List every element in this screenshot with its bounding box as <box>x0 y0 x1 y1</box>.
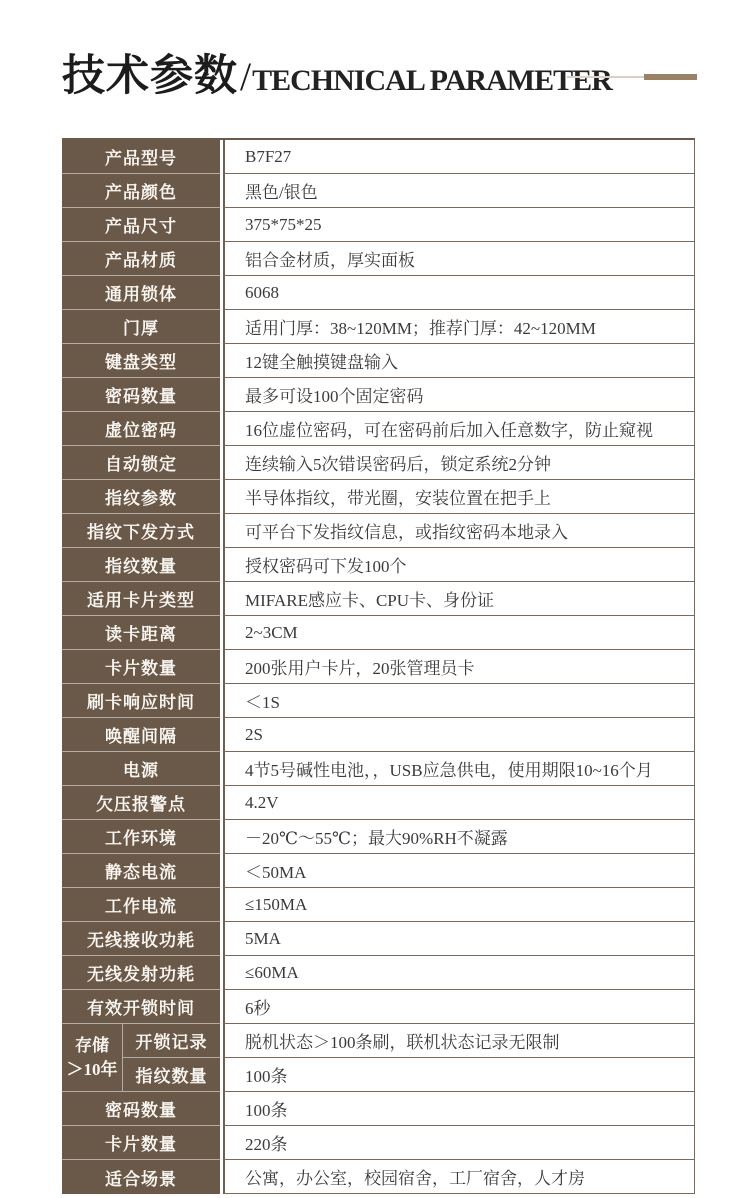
page-title: 技术参数 / TECHNICAL PARAMETER <box>62 42 612 103</box>
table-row: 无线接收功耗5MA <box>62 922 695 956</box>
row-value: 100条 <box>223 1092 695 1126</box>
row-label: 静态电流 <box>62 854 220 888</box>
row-label: 产品材质 <box>62 242 220 276</box>
table-row: 产品颜色黑色/银色 <box>62 174 695 208</box>
row-value: ＜1S <box>223 684 695 718</box>
row-label: 适合场景 <box>62 1160 220 1194</box>
table-row: 虚位密码16位虚位密码，可在密码前后加入任意数字，防止窥视 <box>62 412 695 446</box>
row-value: ≤150MA <box>223 888 695 922</box>
storage-label-line2: ＞10年 <box>67 1058 118 1082</box>
row-label: 刷卡响应时间 <box>62 684 220 718</box>
row-value: 铝合金材质，厚实面板 <box>223 242 695 276</box>
storage-sub-label: 指纹数量 <box>123 1058 220 1092</box>
row-value: 连续输入5次错误密码后，锁定系统2分钟 <box>223 446 695 480</box>
row-value: 6068 <box>223 276 695 310</box>
spec-table: 产品型号B7F27产品颜色黑色/银色产品尺寸375*75*25产品材质铝合金材质… <box>62 138 695 1194</box>
row-label: 通用锁体 <box>62 276 220 310</box>
row-label: 指纹数量 <box>62 548 220 582</box>
row-value: 4节5号碱性电池，，USB应急供电，使用期限10~16个月 <box>223 752 695 786</box>
row-value: 375*75*25 <box>223 208 695 242</box>
row-label: 卡片数量 <box>62 650 220 684</box>
row-label: 键盘类型 <box>62 344 220 378</box>
row-label: 工作环境 <box>62 820 220 854</box>
row-value: 6秒 <box>223 990 695 1024</box>
row-value: 可平台下发指纹信息，或指纹密码本地录入 <box>223 514 695 548</box>
table-row: 产品尺寸375*75*25 <box>62 208 695 242</box>
row-value: 公寓，办公室，校园宿舍，工厂宿舍，人才房 <box>223 1160 695 1194</box>
row-value: B7F27 <box>223 140 695 174</box>
storage-span-cell: 存储＞10年 <box>62 1024 122 1091</box>
table-row: 指纹数量授权密码可下发100个 <box>62 548 695 582</box>
row-label: 门厚 <box>62 310 220 344</box>
table-row: 欠压报警点4.2V <box>62 786 695 820</box>
row-label: 读卡距离 <box>62 616 220 650</box>
row-label: 密码数量 <box>62 1092 220 1126</box>
row-value: －20℃～55℃；最大90%RH不凝露 <box>223 820 695 854</box>
row-value: 半导体指纹，带光圈，安装位置在把手上 <box>223 480 695 514</box>
row-value: 脱机状态＞100条刷，联机状态记录无限制 <box>223 1024 695 1058</box>
row-label: 指纹参数 <box>62 480 220 514</box>
row-label: 密码数量 <box>62 378 220 412</box>
row-label: 唤醒间隔 <box>62 718 220 752</box>
row-value: 200张用户卡片，20张管理员卡 <box>223 650 695 684</box>
table-row: 指纹下发方式可平台下发指纹信息，或指纹密码本地录入 <box>62 514 695 548</box>
row-label: 电源 <box>62 752 220 786</box>
row-label: 适用卡片类型 <box>62 582 220 616</box>
row-label: 产品尺寸 <box>62 208 220 242</box>
row-label: 指纹下发方式 <box>62 514 220 548</box>
row-value: 最多可设100个固定密码 <box>223 378 695 412</box>
row-value: 4.2V <box>223 786 695 820</box>
row-value: 2S <box>223 718 695 752</box>
table-row: 唤醒间隔2S <box>62 718 695 752</box>
row-value: ＜50MA <box>223 854 695 888</box>
row-value: ≤60MA <box>223 956 695 990</box>
table-row: 无线发射功耗≤60MA <box>62 956 695 990</box>
row-label: 产品颜色 <box>62 174 220 208</box>
table-row: 适用卡片类型MIFARE感应卡、CPU卡、身份证 <box>62 582 695 616</box>
row-value: 220条 <box>223 1126 695 1160</box>
row-value: 100条 <box>223 1058 695 1092</box>
row-value: 黑色/银色 <box>223 174 695 208</box>
title-separator: / <box>240 53 251 100</box>
storage-label-line1: 存储 <box>75 1034 109 1058</box>
row-value: 16位虚位密码，可在密码前后加入任意数字，防止窥视 <box>223 412 695 446</box>
row-value: MIFARE感应卡、CPU卡、身份证 <box>223 582 695 616</box>
row-label: 虚位密码 <box>62 412 220 446</box>
title-chinese: 技术参数 <box>62 42 238 103</box>
table-row: 产品材质铝合金材质，厚实面板 <box>62 242 695 276</box>
row-label: 自动锁定 <box>62 446 220 480</box>
storage-sub-label: 开锁记录 <box>123 1024 220 1058</box>
row-label: 产品型号 <box>62 140 220 174</box>
decorative-line-thick <box>644 74 697 80</box>
row-value: 5MA <box>223 922 695 956</box>
row-label: 无线接收功耗 <box>62 922 220 956</box>
row-label: 无线发射功耗 <box>62 956 220 990</box>
table-row: 密码数量100条 <box>62 1092 695 1126</box>
storage-sub-labels: 开锁记录指纹数量 <box>123 1024 220 1091</box>
table-row: 刷卡响应时间＜1S <box>62 684 695 718</box>
table-row: 通用锁体6068 <box>62 276 695 310</box>
table-row: 卡片数量220条 <box>62 1126 695 1160</box>
table-row: 门厚适用门厚：38~120MM；推荐门厚：42~120MM <box>62 310 695 344</box>
table-row: 密码数量最多可设100个固定密码 <box>62 378 695 412</box>
decorative-line-thin <box>567 76 644 78</box>
row-value: 授权密码可下发100个 <box>223 548 695 582</box>
table-row: 读卡距离2~3CM <box>62 616 695 650</box>
page: 技术参数 / TECHNICAL PARAMETER 产品型号B7F27产品颜色… <box>0 0 750 1198</box>
row-value: 2~3CM <box>223 616 695 650</box>
row-label: 有效开锁时间 <box>62 990 220 1024</box>
table-row: 适合场景公寓，办公室，校园宿舍，工厂宿舍，人才房 <box>62 1160 695 1194</box>
storage-sub-values: 脱机状态＞100条刷，联机状态记录无限制100条 <box>223 1024 695 1092</box>
table-row: 工作电流≤150MA <box>62 888 695 922</box>
row-label: 工作电流 <box>62 888 220 922</box>
storage-group-label: 存储＞10年开锁记录指纹数量 <box>62 1024 220 1092</box>
table-row: 电源4节5号碱性电池，，USB应急供电，使用期限10~16个月 <box>62 752 695 786</box>
row-label: 卡片数量 <box>62 1126 220 1160</box>
table-row: 有效开锁时间6秒 <box>62 990 695 1024</box>
table-row: 工作环境－20℃～55℃；最大90%RH不凝露 <box>62 820 695 854</box>
row-value: 12键全触摸键盘输入 <box>223 344 695 378</box>
table-row: 键盘类型12键全触摸键盘输入 <box>62 344 695 378</box>
table-row: 产品型号B7F27 <box>62 140 695 174</box>
table-row: 指纹参数半导体指纹，带光圈，安装位置在把手上 <box>62 480 695 514</box>
row-label: 欠压报警点 <box>62 786 220 820</box>
table-row: 卡片数量200张用户卡片，20张管理员卡 <box>62 650 695 684</box>
storage-group-row: 存储＞10年开锁记录指纹数量脱机状态＞100条刷，联机状态记录无限制100条 <box>62 1024 695 1092</box>
row-value: 适用门厚：38~120MM；推荐门厚：42~120MM <box>223 310 695 344</box>
table-row: 自动锁定连续输入5次错误密码后，锁定系统2分钟 <box>62 446 695 480</box>
table-row: 静态电流＜50MA <box>62 854 695 888</box>
title-english: TECHNICAL PARAMETER <box>252 64 612 98</box>
